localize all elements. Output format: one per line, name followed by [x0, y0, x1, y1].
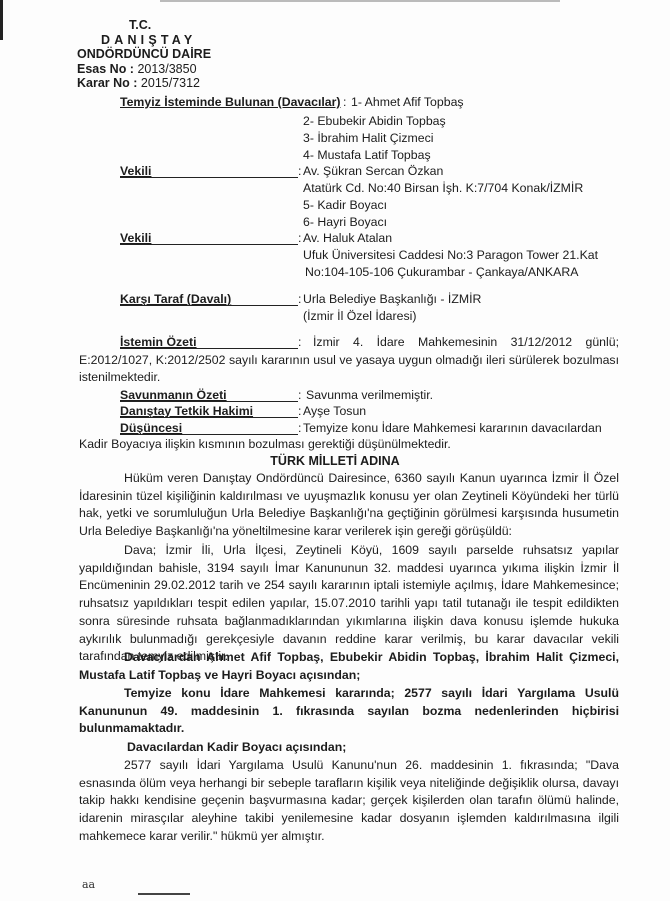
label-underline [120, 401, 298, 402]
paragraph-5: Davacılardan Kadir Boyacı açısından; [79, 739, 619, 757]
appellant-3: 3- İbrahim Halit Çizmeci [303, 131, 434, 145]
country-label: T.C. [77, 18, 211, 33]
paragraph-4: Temyize konu İdare Mahkemesi kararında; … [79, 685, 619, 738]
court-name: DANIŞTAY [77, 33, 211, 48]
respondent-name: Urla Belediye Başkanlığı - İZMİR [303, 292, 481, 306]
appellant-2: 2- Ebubekir Abidin Topbaş [303, 114, 446, 128]
scan-edge [0, 0, 3, 40]
chamber-name: ONDÖRDÜNCÜ DAİRE [77, 47, 211, 62]
paragraph-6: 2577 sayılı İdari Yargılama Usulü Kanunu… [79, 757, 619, 846]
section-title: TÜRK MİLLETİ ADINA [0, 454, 670, 468]
opinion-text-first: Temyize konu İdare Mahkemesi kararının d… [303, 421, 602, 435]
attorney2-address-2: No:104-105-106 Çukurambar - Çankaya/ANKA… [305, 265, 578, 279]
label-underline [120, 177, 298, 178]
attorney2-label: Vekili [120, 231, 151, 245]
colon: : [298, 292, 301, 306]
attorney2-name: Av. Haluk Atalan [303, 231, 392, 245]
opinion-text-rest: Kadir Boyacıya ilişkin kısmının bozulmas… [79, 437, 451, 451]
label-underline [120, 434, 298, 435]
colon: : [298, 231, 301, 245]
summary-text: E:2012/1027, K:2012/2502 sayılı kararını… [79, 352, 619, 386]
esas-number: Esas No : 2013/3850 [77, 62, 211, 77]
scan-artifact [160, 0, 560, 2]
label-underline [120, 348, 298, 349]
label-underline [120, 305, 298, 306]
paragraph-1: Hüküm veren Danıştay Ondördüncü Dairesin… [79, 470, 619, 541]
footer-mark: aa [82, 878, 95, 891]
attorney1-name: Av. Şükran Sercan Özkan [303, 164, 443, 178]
appellant-4: 4- Mustafa Latif Topbaş [303, 148, 431, 162]
appellant-1: 1- Ahmet Afif Topbaş [351, 95, 464, 109]
attorney1-address: Atatürk Cd. No:40 Birsan İşh. K:7/704 Ko… [303, 181, 583, 195]
respondent-label: Karşı Taraf (Davalı) [120, 292, 231, 306]
judge-label: Danıştay Tetkik Hakimi [120, 404, 253, 418]
appellant-5: 5- Kadir Boyacı [303, 198, 387, 212]
appellants-label: Temyiz İsteminde Bulunan (Davacılar) [120, 95, 341, 109]
judge-name: Ayşe Tosun [303, 404, 366, 418]
respondent-note: (İzmir İl Özel İdaresi) [303, 309, 416, 323]
colon: : [298, 404, 301, 418]
label-underline [120, 244, 298, 245]
summary-label: İstemin Özeti [120, 335, 197, 349]
colon: : [298, 164, 301, 178]
paragraph-3: Davacılardan Ahmet Afif Topbaş, Ebubekir… [79, 649, 619, 684]
colon: : [343, 95, 346, 109]
opinion-label: Düşüncesi [120, 421, 182, 435]
defense-label: Savunmanın Özeti [120, 388, 227, 402]
paragraph-2: Dava; İzmir İli, Urla İlçesi, Zeytineli … [79, 542, 619, 666]
attorney1-label: Vekili [120, 164, 151, 178]
attorney2-address-1: Ufuk Üniversitesi Caddesi No:3 Paragon T… [303, 248, 598, 262]
colon: : [298, 388, 301, 402]
defense-text: Savunma verilmemiştir. [306, 388, 433, 402]
karar-number: Karar No : 2015/7312 [77, 76, 211, 91]
appellant-6: 6- Hayri Boyacı [303, 215, 387, 229]
document-header: T.C. DANIŞTAY ONDÖRDÜNCÜ DAİRE Esas No :… [77, 18, 211, 91]
summary-text-first: İzmir 4. İdare Mahkemesinin 31/12/2012 g… [313, 335, 619, 349]
colon: : [298, 335, 301, 349]
label-underline [120, 417, 298, 418]
colon: : [298, 421, 301, 435]
footer-line [138, 893, 190, 895]
